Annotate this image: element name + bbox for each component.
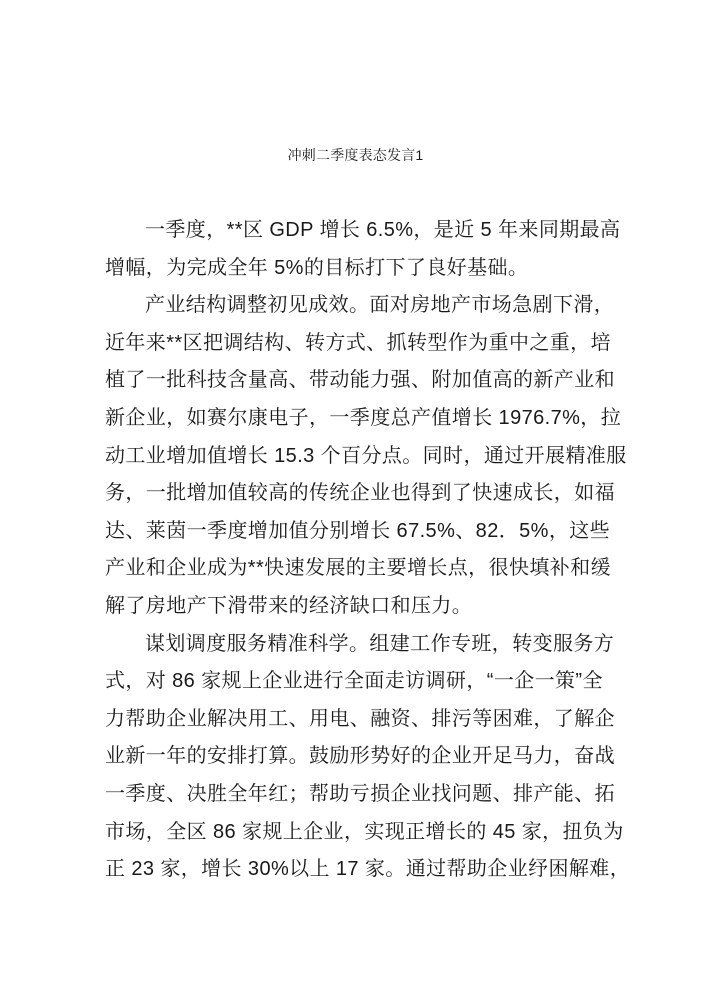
text-line: 植了一批科技含量高、带动能力强、附加值高的新产业和 [105,362,606,400]
text-line: 近年来**区把调结构、转方式、抓转型作为重中之重，培 [105,325,606,363]
paragraph-first-line: 谋划调度服务精准科学。组建工作专班，转变服务方 [105,626,606,664]
document-body: 一季度，**区 GDP 增长 6.5%，是近 5 年来同期最高增幅，为完成全年 … [105,212,606,889]
text-line: 力帮助企业解决用工、用电、融资、排污等困难，了解企 [105,701,606,739]
text-line: 解了房地产下滑带来的经济缺口和压力。 [105,588,606,626]
paragraph-first-line: 产业结构调整初见成效。面对房地产市场急剧下滑， [105,287,606,325]
text-line: 增幅，为完成全年 5%的目标打下了良好基础。 [105,250,606,288]
paragraph-first-line: 一季度，**区 GDP 增长 6.5%，是近 5 年来同期最高 [105,212,606,250]
text-line: 式，对 86 家规上企业进行全面走访调研，“一企一策”全 [105,663,606,701]
text-line: 业新一年的安排打算。鼓励形势好的企业开足马力，奋战 [105,738,606,776]
document-page: 冲刺二季度表态发言1 一季度，**区 GDP 增长 6.5%，是近 5 年来同期… [0,0,711,1006]
text-line: 一季度、决胜全年红；帮助亏损企业找问题、排产能、拓 [105,776,606,814]
document-title: 冲刺二季度表态发言1 [0,146,711,164]
text-line: 新企业，如赛尔康电子，一季度总产值增长 1976.7%，拉 [105,400,606,438]
text-line: 动工业增加值增长 15.3 个百分点。同时，通过开展精准服 [105,438,606,476]
text-line: 市场，全区 86 家规上企业，实现正增长的 45 家，扭负为 [105,814,606,852]
text-line: 务，一批增加值较高的传统企业也得到了快速成长，如福 [105,475,606,513]
text-line: 产业和企业成为**快速发展的主要增长点，很快填补和缓 [105,550,606,588]
text-line: 正 23 家，增长 30%以上 17 家。通过帮助企业纾困解难， [105,851,606,889]
text-line: 达、莱茵一季度增加值分别增长 67.5%、82．5%，这些 [105,513,606,551]
